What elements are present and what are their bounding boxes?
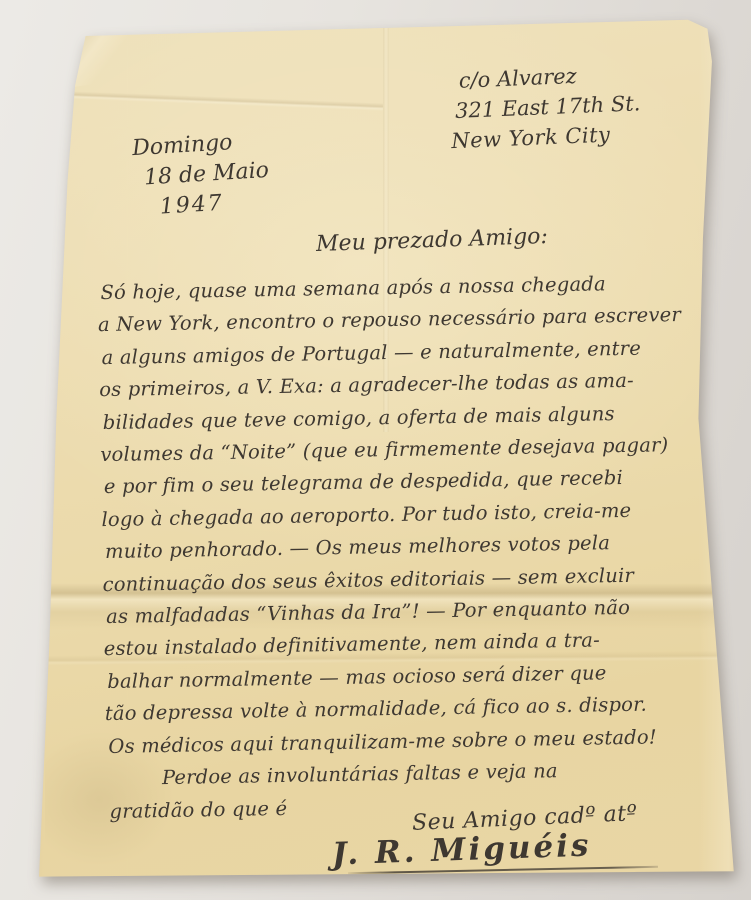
letter-paper: c/o Alvarez 321 East 17th St. New York C… — [0, 0, 751, 900]
sender-address-block: c/o Alvarez 321 East 17th St. New York C… — [458, 58, 642, 155]
date-block: Domingo 18 de Maio 1947 — [131, 126, 271, 224]
signature: J. R. Miguéis — [331, 827, 592, 872]
paper-corner-fold — [61, 26, 138, 87]
salutation: Meu prezado Amigo: — [316, 224, 549, 257]
date-line: 1947 — [159, 186, 272, 223]
photograph-background: c/o Alvarez 321 East 17th St. New York C… — [0, 0, 751, 900]
letter-body: Só hoje, quase uma semana após a nossa c… — [97, 267, 689, 828]
paper-crease-top — [68, 91, 383, 111]
letter-paper-shadow: c/o Alvarez 321 East 17th St. New York C… — [0, 0, 751, 900]
